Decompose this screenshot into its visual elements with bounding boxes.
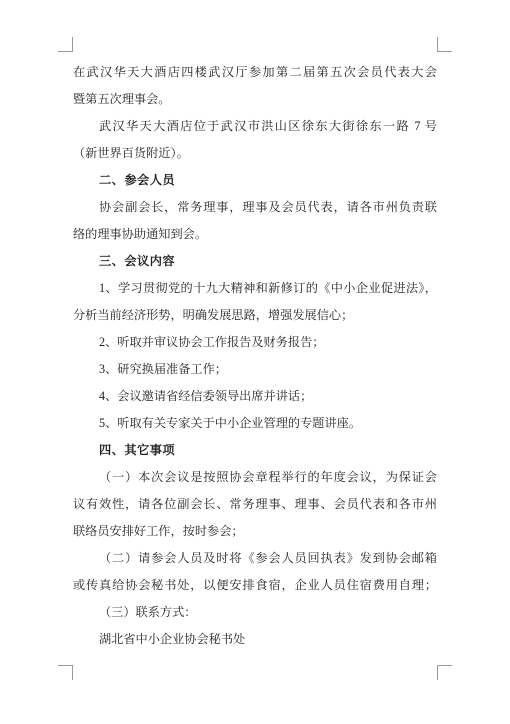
text-line: （二）请参会人员及时将《参会人员回执表》发到协会邮箱 <box>73 545 437 572</box>
text-line: 络的理事协助通知到会。 <box>73 221 437 248</box>
document-body-text: 在武汉华天大酒店四楼武汉厅参加第二届第五次会员代表大会 暨第五次理事会。 武汉华… <box>73 59 437 653</box>
text-line: 或传真给协会秘书处，以便安排食宿，企业人员住宿费用自理； <box>73 572 437 599</box>
text-line: 协会副会长，常务理事，理事及会员代表，请各市州负责联 <box>73 194 437 221</box>
text-line-contact-org: 湖北省中小企业协会秘书处 <box>73 626 437 653</box>
text-line: 武汉华天大酒店位于武汉市洪山区徐东大街徐东一路 7 号 <box>73 113 437 140</box>
text-line: 议有效性，请各位副会长、常务理事、理事、会员代表和各市州 <box>73 491 437 518</box>
text-line: 在武汉华天大酒店四楼武汉厅参加第二届第五次会员代表大会 <box>73 59 437 86</box>
text-line-contact-label: （三）联系方式： <box>73 599 437 626</box>
list-item: 3、研究换届准备工作； <box>73 356 437 383</box>
text-line: （一）本次会议是按照协会章程举行的年度会议，为保证会 <box>73 464 437 491</box>
list-item: 2、听取并审议协会工作报告及财务报告； <box>73 329 437 356</box>
document-page: 在武汉华天大酒店四楼武汉厅参加第二届第五次会员代表大会 暨第五次理事会。 武汉华… <box>0 0 510 724</box>
crop-mark-top-right-icon <box>437 37 452 52</box>
list-item: 1、学习贯彻党的十九大精神和新修订的《中小企业促进法》， <box>73 275 437 302</box>
list-item: 4、会议邀请省经信委领导出席并讲话； <box>73 383 437 410</box>
crop-mark-bottom-left-icon <box>58 665 73 680</box>
crop-mark-bottom-right-icon <box>437 665 452 680</box>
section-heading-other-matters: 四、其它事项 <box>73 437 437 464</box>
section-heading-participants: 二、参会人员 <box>73 167 437 194</box>
text-line: 联络员安排好工作，按时参会； <box>73 518 437 545</box>
list-item: 5、听取有关专家关于中小企业管理的专题讲座。 <box>73 410 437 437</box>
section-heading-agenda: 三、会议内容 <box>73 248 437 275</box>
crop-mark-top-left-icon <box>58 37 73 52</box>
text-line: 分析当前经济形势，明确发展思路，增强发展信心； <box>73 302 437 329</box>
text-line: 暨第五次理事会。 <box>73 86 437 113</box>
text-line: （新世界百货附近）。 <box>73 140 437 167</box>
